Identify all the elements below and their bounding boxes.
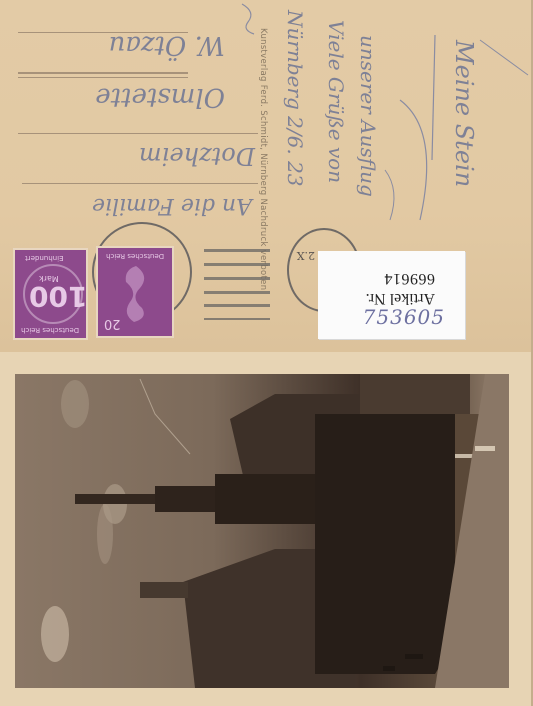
fountain-illustration [15, 374, 509, 688]
handwritten-message-line: Viele Grüße von [324, 20, 348, 183]
article-number-label: 753605 Artikel Nr. 669614 [318, 251, 465, 339]
stamp-country: Deutsches Reich [106, 252, 164, 260]
stamp-value: 20 [104, 316, 121, 331]
address-line [18, 133, 258, 134]
handwritten-message-line: Nürnberg 2/6. 23 [283, 10, 307, 187]
stamp-figure-icon [116, 262, 156, 324]
cancel-bar [204, 291, 270, 294]
handwritten-inventory-code: 753605 [363, 305, 445, 329]
stamp-unit: Mark [39, 274, 59, 283]
handwritten-message-line: unserer Ausflug [356, 35, 380, 197]
cancel-bar [204, 249, 270, 252]
cancel-bar [204, 318, 270, 320]
pen-mark [238, 2, 262, 38]
stamp-20-pfennig: Deutsches Reich 20 [98, 248, 172, 336]
photo-schoener-brunnen [15, 374, 509, 688]
stamp-value: 100 [29, 280, 87, 313]
postmark-date: 2.X [297, 249, 315, 262]
handwritten-address-line: An die Familie [92, 193, 252, 218]
cancel-bar [204, 277, 270, 280]
address-line [22, 183, 258, 184]
handwritten-address-line: Dotzheim [139, 142, 255, 170]
stamp-label: Einhundert [25, 254, 64, 262]
address-line [18, 72, 188, 74]
address-line [18, 77, 188, 78]
article-label-number: 669614 [384, 269, 435, 287]
postcard-back: W. Ötzau Olmstette Dotzheim An die Famil… [0, 0, 533, 353]
publisher-imprint: Kunstverlag Ferd. Schmidt, Nürnberg Nach… [258, 28, 268, 318]
article-label-title: Artikel Nr. [366, 289, 435, 307]
pen-strokes [380, 30, 530, 230]
cancel-bar [204, 263, 270, 266]
cancel-bar [204, 304, 270, 307]
stamp-country: Deutsches Reich [21, 326, 79, 334]
handwritten-address-line: W. Ötzau [109, 30, 225, 60]
stamp-100-mark: 100 Mark Einhundert Deutsches Reich [15, 250, 86, 338]
handwritten-address-line: Olmstette [95, 82, 225, 112]
postcard-front [0, 352, 533, 706]
